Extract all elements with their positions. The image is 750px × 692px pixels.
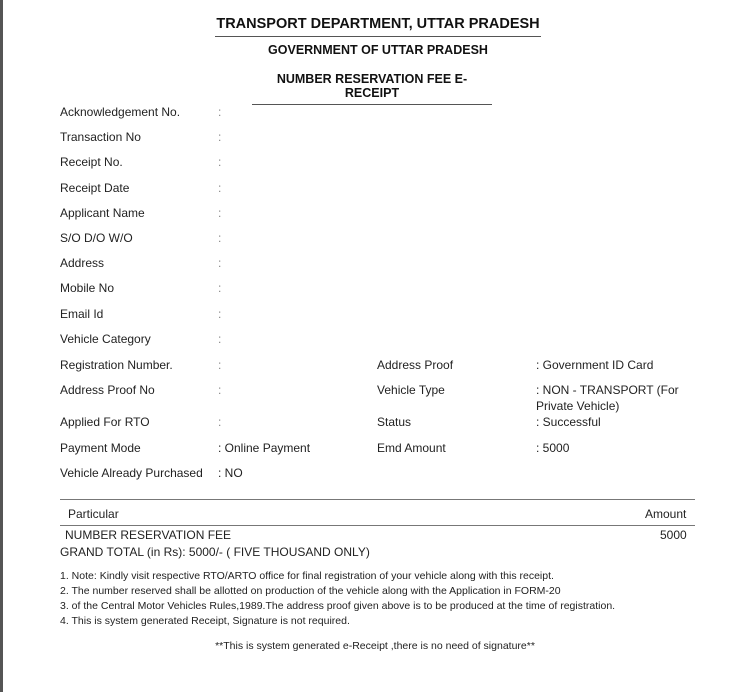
vehicle-purchased-label: Vehicle Already Purchased: [60, 466, 203, 480]
acknowledgement-no-label: Acknowledgement No.: [60, 105, 180, 119]
transaction-no-label: Transaction No: [60, 130, 141, 144]
address-proof-no-label: Address Proof No: [60, 383, 155, 397]
receipt-no-label: Receipt No.: [60, 155, 123, 169]
receipt-date-label: Receipt Date: [60, 181, 129, 195]
grand-total: GRAND TOTAL (in Rs): 5000/- ( FIVE THOUS…: [60, 545, 370, 559]
address-proof-value: : Government ID Card: [536, 357, 706, 373]
vehicle-category-label: Vehicle Category: [60, 332, 151, 346]
mobile-no-colon: :: [218, 281, 221, 295]
vehicle-purchased-value: : NO: [218, 466, 243, 480]
address-proof-no-colon: :: [218, 383, 221, 397]
page-border: [0, 0, 3, 692]
address-proof-label: Address Proof: [377, 358, 453, 372]
vehicle-type-value: : NON - TRANSPORT (For Private Vehicle): [536, 382, 706, 414]
department-title: TRANSPORT DEPARTMENT, UTTAR PRADESH: [215, 16, 541, 37]
acknowledgement-no-colon: :: [218, 105, 221, 119]
note-4: 4. This is system generated Receipt, Sig…: [60, 615, 350, 627]
address-colon: :: [218, 256, 221, 270]
government-title: GOVERNMENT OF UTTAR PRADESH: [215, 43, 541, 57]
transaction-no-colon: :: [218, 130, 221, 144]
applicant-name-label: Applicant Name: [60, 206, 145, 220]
registration-number-colon: :: [218, 358, 221, 372]
fee-particular: NUMBER RESERVATION FEE: [65, 528, 231, 542]
relation-label: S/O D/O W/O: [60, 231, 133, 245]
mobile-no-label: Mobile No: [60, 281, 114, 295]
email-id-label: Email Id: [60, 307, 103, 321]
email-id-colon: :: [218, 307, 221, 321]
note-2: 2. The number reserved shall be allotted…: [60, 585, 561, 597]
table-header-rule: [60, 525, 695, 526]
applied-rto-label: Applied For RTO: [60, 415, 150, 429]
amount-header: Amount: [645, 507, 686, 521]
receipt-title: NUMBER RESERVATION FEE E-RECEIPT: [252, 72, 492, 105]
registration-number-label: Registration Number.: [60, 358, 173, 372]
table-top-rule: [60, 499, 695, 500]
relation-colon: :: [218, 231, 221, 245]
note-1: 1. Note: Kindly visit respective RTO/ART…: [60, 570, 554, 582]
note-3: 3. of the Central Motor Vehicles Rules,1…: [60, 600, 615, 612]
signature-footer: **This is system generated e-Receipt ,th…: [0, 640, 750, 652]
receipt-no-colon: :: [218, 155, 221, 169]
status-value: : Successful: [536, 414, 706, 430]
emd-amount-value: : 5000: [536, 440, 706, 456]
vehicle-category-colon: :: [218, 332, 221, 346]
particular-header: Particular: [68, 507, 119, 521]
payment-mode-label: Payment Mode: [60, 441, 141, 455]
address-label: Address: [60, 256, 104, 270]
receipt-date-colon: :: [218, 181, 221, 195]
fee-amount: 5000: [660, 528, 687, 542]
applied-rto-colon: :: [218, 415, 221, 429]
emd-amount-label: Emd Amount: [377, 441, 446, 455]
applicant-name-colon: :: [218, 206, 221, 220]
status-label: Status: [377, 415, 411, 429]
payment-mode-value: : Online Payment: [218, 441, 310, 455]
vehicle-type-label: Vehicle Type: [377, 383, 445, 397]
